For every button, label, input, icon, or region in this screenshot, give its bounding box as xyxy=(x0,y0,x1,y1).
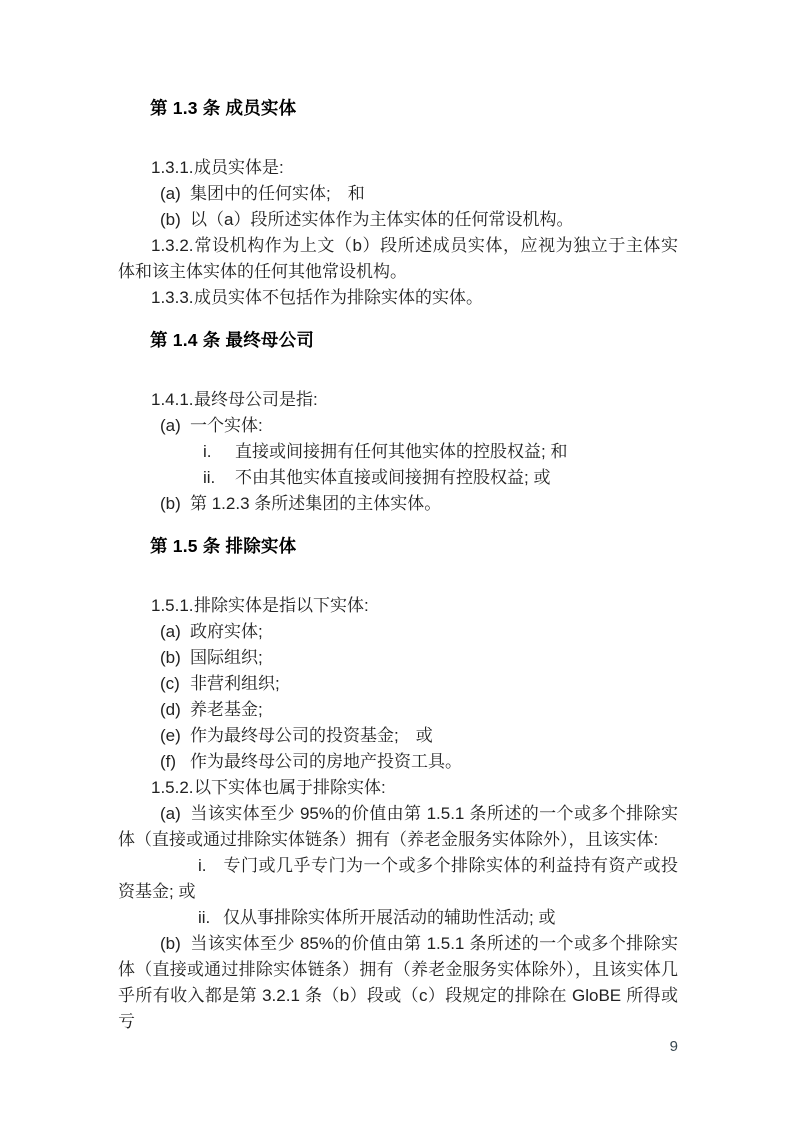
paragraph-marker: ii. xyxy=(203,465,235,491)
paragraph: 1.3.3.成员实体不包括作为排除实体的实体。 xyxy=(118,285,678,311)
paragraph: (a)一个实体: xyxy=(118,413,678,439)
paragraph-text: 一个实体: xyxy=(190,416,263,435)
paragraph-text: 常设机构作为上文（b）段所述成员实体，应视为独立于主体实体和该主体实体的任何其他… xyxy=(118,236,678,281)
paragraph-marker: (c) xyxy=(160,671,190,697)
paragraph-text: 以（a）段所述实体作为主体实体的任何常设机构。 xyxy=(190,210,573,229)
paragraph-text: 集团中的任何实体; 和 xyxy=(190,184,365,203)
paragraph-marker: (a) xyxy=(160,181,190,207)
paragraph: (a)当该实体至少 95%的价值由第 1.5.1 条所述的一个或多个排除实体（直… xyxy=(118,801,678,853)
paragraph-text: 仅从事排除实体所开展活动的辅助性活动; 或 xyxy=(223,908,555,927)
paragraph-marker: (b) xyxy=(160,207,190,233)
paragraph-marker: 1.4.1. xyxy=(151,387,194,413)
paragraph-marker: (b) xyxy=(160,645,190,671)
paragraph: (a)集团中的任何实体; 和 xyxy=(118,181,678,207)
paragraph-text: 作为最终母公司的房地产投资工具。 xyxy=(190,752,462,771)
paragraph: 1.5.1.排除实体是指以下实体: xyxy=(118,593,678,619)
section-heading: 第 1.4 条 最终母公司 xyxy=(150,327,678,353)
paragraph-text: 国际组织; xyxy=(190,648,263,667)
paragraph-marker: (e) xyxy=(160,723,190,749)
paragraph-marker: i. xyxy=(198,853,223,879)
paragraph-marker: (a) xyxy=(160,619,190,645)
paragraph-text: 直接或间接拥有任何其他实体的控股权益; 和 xyxy=(235,442,567,461)
paragraph-marker: (f) xyxy=(160,749,190,775)
paragraph-marker: 1.3.1. xyxy=(151,155,194,181)
paragraph-marker: 1.3.2. xyxy=(151,233,194,259)
section-heading: 第 1.5 条 排除实体 xyxy=(150,533,678,559)
paragraph-text: 当该实体至少 85%的价值由第 1.5.1 条所述的一个或多个排除实体（直接或通… xyxy=(118,934,678,1031)
document-section: 第 1.3 条 成员实体1.3.1.成员实体是:(a)集团中的任何实体; 和(b… xyxy=(118,95,678,311)
paragraph: (b)第 1.2.3 条所述集团的主体实体。 xyxy=(118,491,678,517)
paragraph-marker: (d) xyxy=(160,697,190,723)
document-page: 第 1.3 条 成员实体1.3.1.成员实体是:(a)集团中的任何实体; 和(b… xyxy=(0,0,794,1123)
paragraph-text: 最终母公司是指: xyxy=(194,390,318,409)
paragraph: 1.3.2.常设机构作为上文（b）段所述成员实体，应视为独立于主体实体和该主体实… xyxy=(118,233,678,285)
paragraph-marker: i. xyxy=(203,439,235,465)
paragraph-text: 非营利组织; xyxy=(190,674,280,693)
paragraph-marker: 1.3.3. xyxy=(151,285,194,311)
paragraph-marker: (a) xyxy=(160,801,190,827)
paragraph: (d)养老基金; xyxy=(118,697,678,723)
paragraph-text: 政府实体; xyxy=(190,622,263,641)
paragraph: 1.5.2.以下实体也属于排除实体: xyxy=(118,775,678,801)
document-section: 第 1.4 条 最终母公司1.4.1.最终母公司是指:(a)一个实体:i.直接或… xyxy=(118,327,678,517)
paragraph-marker: 1.5.2. xyxy=(151,775,194,801)
paragraph: (b)以（a）段所述实体作为主体实体的任何常设机构。 xyxy=(118,207,678,233)
page-number: 9 xyxy=(670,1038,678,1055)
paragraph-marker: (a) xyxy=(160,413,190,439)
paragraph-text: 第 1.2.3 条所述集团的主体实体。 xyxy=(190,494,441,513)
paragraph: ii.仅从事排除实体所开展活动的辅助性活动; 或 xyxy=(118,905,678,931)
paragraph-marker: 1.5.1. xyxy=(151,593,194,619)
paragraph-text: 不由其他实体直接或间接拥有控股权益; 或 xyxy=(235,468,550,487)
document-section: 第 1.5 条 排除实体1.5.1.排除实体是指以下实体:(a)政府实体;(b)… xyxy=(118,533,678,1035)
paragraph: (c)非营利组织; xyxy=(118,671,678,697)
section-heading: 第 1.3 条 成员实体 xyxy=(150,95,678,121)
paragraph-text: 作为最终母公司的投资基金; 或 xyxy=(190,726,433,745)
paragraph: ii.不由其他实体直接或间接拥有控股权益; 或 xyxy=(118,465,678,491)
paragraph: 1.3.1.成员实体是: xyxy=(118,155,678,181)
paragraph: (a)政府实体; xyxy=(118,619,678,645)
document-content: 第 1.3 条 成员实体1.3.1.成员实体是:(a)集团中的任何实体; 和(b… xyxy=(118,95,678,1035)
paragraph-text: 排除实体是指以下实体: xyxy=(194,596,369,615)
paragraph-text: 成员实体是: xyxy=(194,158,284,177)
sections-container: 第 1.3 条 成员实体1.3.1.成员实体是:(a)集团中的任何实体; 和(b… xyxy=(118,95,678,1035)
paragraph: 1.4.1.最终母公司是指: xyxy=(118,387,678,413)
paragraph-marker: (b) xyxy=(160,491,190,517)
paragraph: i.直接或间接拥有任何其他实体的控股权益; 和 xyxy=(118,439,678,465)
paragraph: (e)作为最终母公司的投资基金; 或 xyxy=(118,723,678,749)
paragraph-marker: ii. xyxy=(198,905,223,931)
paragraph: (b)国际组织; xyxy=(118,645,678,671)
paragraph: (b)当该实体至少 85%的价值由第 1.5.1 条所述的一个或多个排除实体（直… xyxy=(118,931,678,1035)
paragraph: (f)作为最终母公司的房地产投资工具。 xyxy=(118,749,678,775)
paragraph-marker: (b) xyxy=(160,931,190,957)
page-footer: 9 xyxy=(118,1036,678,1058)
paragraph-text: 以下实体也属于排除实体: xyxy=(194,778,386,797)
paragraph-text: 当该实体至少 95%的价值由第 1.5.1 条所述的一个或多个排除实体（直接或通… xyxy=(118,804,678,849)
paragraph-text: 成员实体不包括作为排除实体的实体。 xyxy=(194,288,483,307)
paragraph: i.专门或几乎专门为一个或多个排除实体的利益持有资产或投资基金; 或 xyxy=(118,853,678,905)
paragraph-text: 养老基金; xyxy=(190,700,263,719)
